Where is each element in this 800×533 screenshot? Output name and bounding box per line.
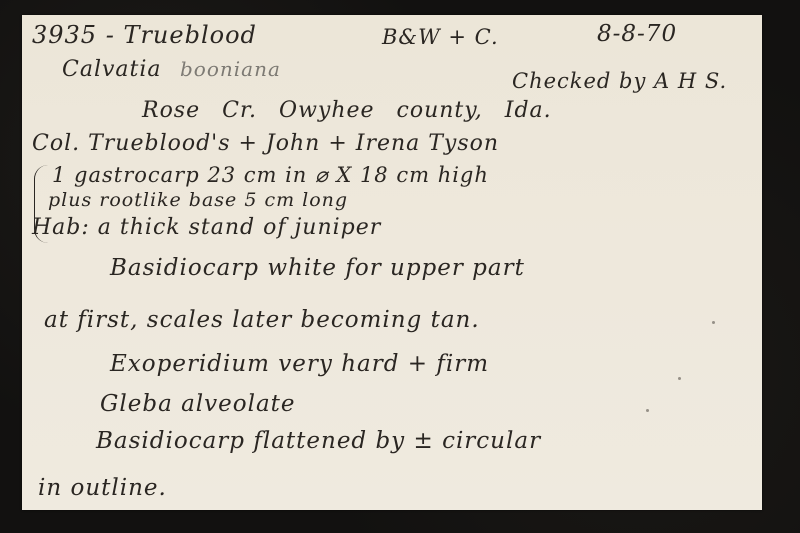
accession-number: 3935 - Trueblood [32, 23, 257, 47]
herbarium-label-card: 3935 - Trueblood B&W + C. 8-8-70 Calvati… [22, 15, 762, 510]
gleba-line: Gleba alveolate [100, 393, 296, 416]
description-line-1: Basidiocarp white for upper part [110, 257, 525, 280]
collection-date: 8-8-70 [597, 23, 677, 46]
checked-by-note: Checked by A H S. [512, 71, 727, 92]
collectors-line: Col. Trueblood's + John + Irena Tyson [32, 133, 499, 155]
ink-speck [646, 409, 649, 412]
habitat-line: Hab: a thick stand of juniper [32, 217, 381, 239]
ink-speck [712, 321, 715, 324]
description-line-2: at first, scales later becoming tan. [44, 309, 480, 332]
herbarium-code: B&W + C. [382, 27, 499, 48]
specimen-size-line: 1 gastrocarp 23 cm in ⌀ X 18 cm high [52, 165, 489, 186]
exoperidium-line: Exoperidium very hard + firm [110, 353, 489, 376]
genus-name: Calvatia [62, 59, 162, 81]
rootlike-base-line: plus rootlike base 5 cm long [48, 191, 348, 210]
basidiocarp-shape-line: Basidiocarp flattened by ± circular [96, 430, 541, 453]
outline-line: in outline. [38, 477, 167, 500]
locality-line: Rose Cr. Owyhee county, Ida. [142, 100, 552, 122]
ink-speck [678, 377, 681, 380]
epithet-pencil: booniana [180, 59, 281, 79]
